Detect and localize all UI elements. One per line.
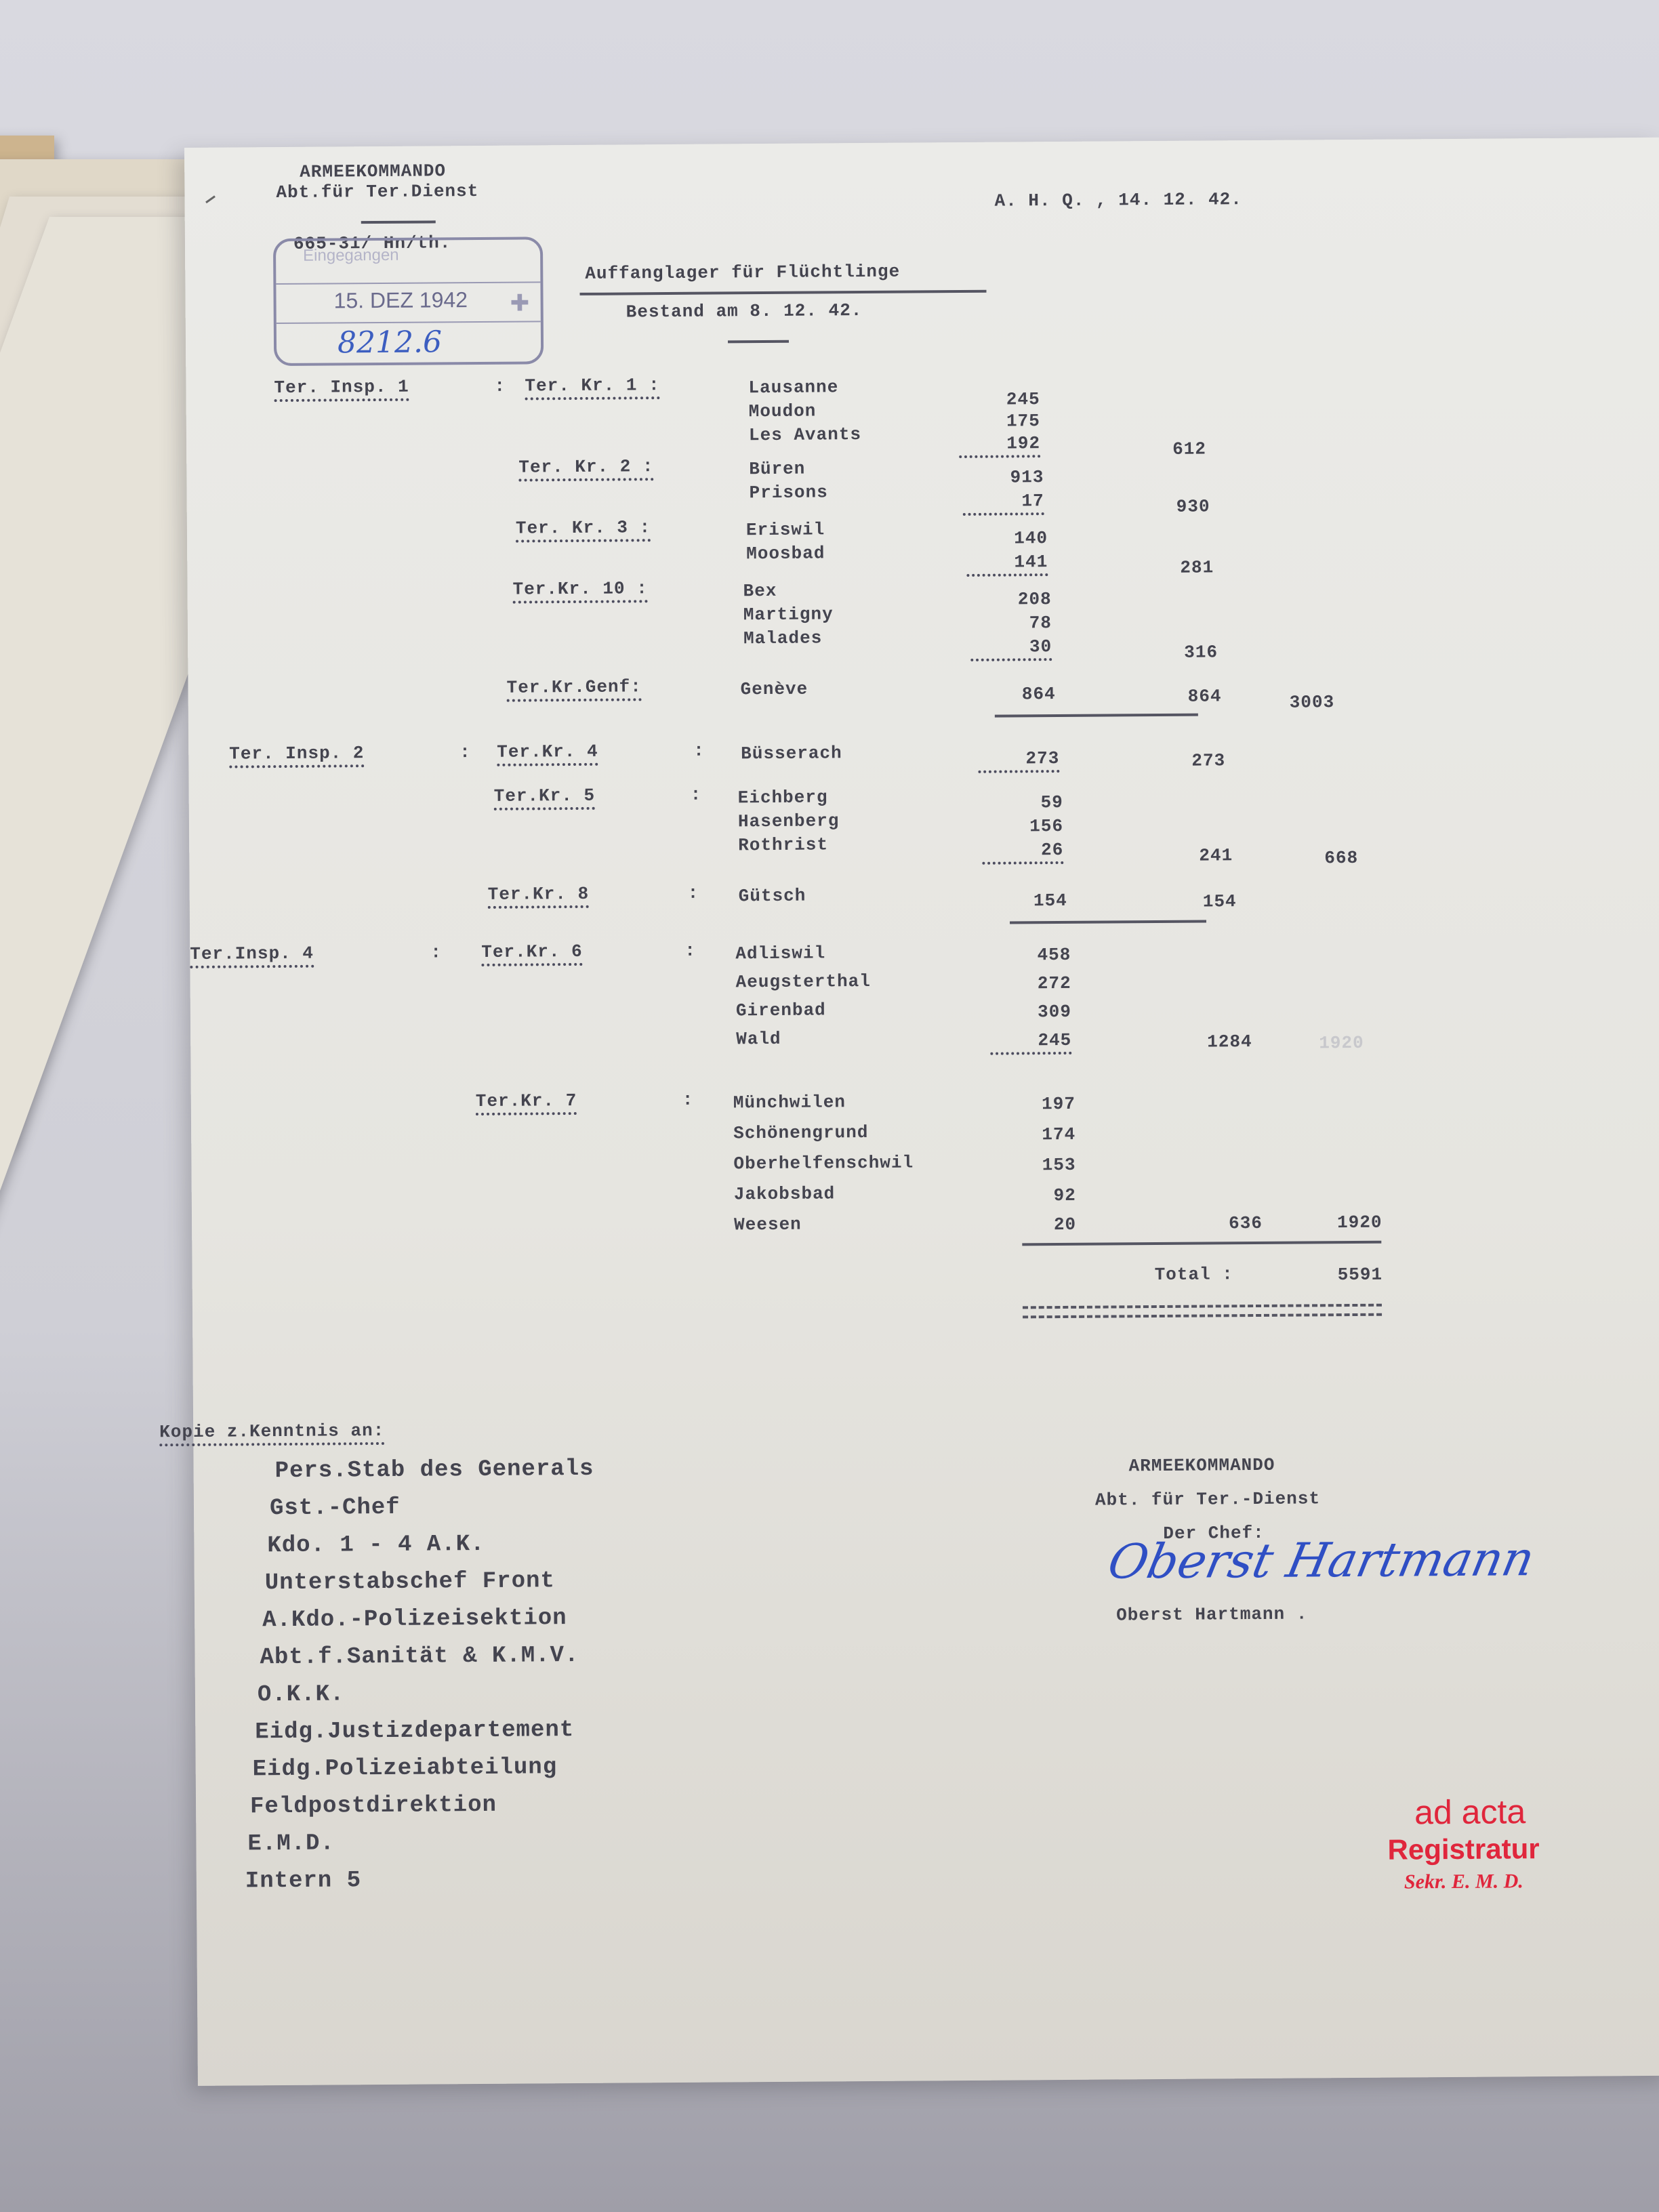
camp-count: 245 <box>990 1030 1071 1055</box>
handwritten-file-number: 8212.6 <box>337 325 442 360</box>
district-subtotal: 930 <box>1176 496 1210 516</box>
camp-count: 153 <box>994 1155 1076 1176</box>
camp-count: 26 <box>982 840 1063 865</box>
camp-name: Genève <box>740 679 808 700</box>
document-title: Auffanglager für Flüchtlinge <box>585 262 900 284</box>
camp-count: 141 <box>966 552 1048 577</box>
camp-count: 197 <box>994 1094 1076 1115</box>
district-subtotal: 241 <box>1199 845 1233 865</box>
inspection-total: 1920 <box>1337 1212 1382 1233</box>
district-label: Ter.Kr.Genf: <box>506 676 641 701</box>
camp-count: 30 <box>970 636 1052 661</box>
camp-name: Prisons <box>749 482 827 503</box>
camp-name: Lausanne <box>748 377 838 398</box>
camp-name: Hasenberg <box>738 811 840 832</box>
document-subtitle: Bestand am 8. 12. 42. <box>626 300 863 322</box>
camp-count: 864 <box>975 684 1056 705</box>
camp-count: 17 <box>963 491 1044 516</box>
camp-name: Wald <box>736 1029 781 1049</box>
org-name: ARMEEKOMMANDO <box>300 161 446 182</box>
camp-count: 208 <box>970 589 1052 610</box>
camp-name: Eriswil <box>746 519 825 540</box>
recipient: Eidg.Justizdepartement <box>255 1717 574 1745</box>
camp-name: Moudon <box>749 401 817 422</box>
district-label: Ter.Kr. 6 <box>481 941 583 966</box>
inspection-total: 668 <box>1324 848 1358 868</box>
camp-name: Adliswil <box>735 943 825 964</box>
district-subtotal: 281 <box>1180 557 1214 577</box>
received-stamp: Eingegangen 15. DEZ 1942 ✚ 8212.6 <box>273 237 544 366</box>
separator: : <box>459 742 471 762</box>
org-department: Abt.für Ter.Dienst <box>276 181 478 203</box>
camp-count: 175 <box>959 411 1040 432</box>
district-subtotal: 273 <box>1191 750 1225 771</box>
camp-count: 309 <box>990 1002 1071 1023</box>
camp-count: 273 <box>978 748 1059 773</box>
district-label: Ter.Kr. 10 : <box>512 578 647 603</box>
camp-name: Girenbad <box>736 1000 826 1021</box>
separator: : <box>684 941 696 961</box>
camp-name: Martigny <box>743 604 834 625</box>
stamp-date: 15. DEZ 1942 <box>333 287 468 313</box>
camp-name: Schönengrund <box>733 1122 868 1143</box>
recipient: Abt.f.Sanität & K.M.V. <box>260 1643 579 1671</box>
district-subtotal: 636 <box>1229 1213 1263 1233</box>
separator: : <box>691 785 702 805</box>
double-underline <box>1023 1304 1382 1319</box>
inspection-total: 3003 <box>1290 692 1335 712</box>
inspection-label: Ter. Insp. 2 <box>229 743 364 768</box>
camp-count: 140 <box>966 528 1048 549</box>
sig-org: ARMEEKOMMANDO <box>1129 1455 1275 1477</box>
divider <box>728 340 789 344</box>
document-page: ARMEEKOMMANDO Abt.für Ter.Dienst 665-31/… <box>184 138 1659 2086</box>
registry-stamp-line1: ad acta <box>1355 1792 1585 1832</box>
signatory-name: Oberst Hartmann . <box>1116 1603 1307 1625</box>
separator: : <box>494 376 506 396</box>
divider <box>361 220 436 224</box>
camp-count: 154 <box>986 890 1067 912</box>
camp-name: Eichberg <box>738 787 828 808</box>
camp-name: Moosbad <box>746 543 825 564</box>
sum-rule <box>995 714 1198 718</box>
camp-count: 78 <box>970 613 1052 634</box>
title-underline <box>580 290 987 295</box>
camp-count: 192 <box>959 433 1040 458</box>
swiss-cross-icon: ✚ <box>510 289 529 316</box>
recipient: Pers.Stab des Generals <box>275 1456 594 1484</box>
registry-stamp-line2: Registratur <box>1348 1832 1578 1866</box>
faint-total: 1920 <box>1319 1033 1364 1053</box>
district-label: Ter. Kr. 1 : <box>525 375 659 400</box>
camp-name: Büren <box>749 459 805 480</box>
camp-name: Bex <box>743 581 777 601</box>
district-label: Ter. Kr. 2 : <box>518 456 653 481</box>
recipient: Eidg.Polizeiabteilung <box>253 1755 558 1782</box>
handwritten-signature: Oberst Hartmann <box>1103 1531 1539 1589</box>
place-date: A. H. Q. , 14. 12. 42. <box>994 189 1242 211</box>
camp-name: Les Avants <box>749 424 861 445</box>
camp-name: Rothrist <box>738 834 828 855</box>
separator: : <box>688 883 699 903</box>
recipients-list: Pers.Stab des Generals Gst.-Chef Kdo. 1 … <box>184 138 1659 148</box>
camp-name: Malades <box>743 628 822 649</box>
copies-heading: Kopie z.Kenntnis an: <box>159 1420 384 1446</box>
camp-name: Büsserach <box>741 743 842 764</box>
sum-rule <box>1022 1241 1381 1246</box>
recipient: Intern 5 <box>245 1868 361 1894</box>
grand-total-label: Total : <box>1155 1264 1233 1285</box>
district-label: Ter.Kr. 5 <box>494 785 596 811</box>
camp-name: Jakobsbad <box>734 1183 836 1204</box>
district-subtotal: 612 <box>1172 438 1206 459</box>
camp-count: 59 <box>982 792 1063 813</box>
inspection-label: Ter.Insp. 4 <box>190 943 314 968</box>
sig-department: Abt. für Ter.-Dienst <box>1095 1488 1320 1510</box>
stamp-faint-text: Eingegangen <box>303 246 399 266</box>
camp-name: Aeugsterthal <box>736 971 871 992</box>
camp-count: 272 <box>990 973 1071 994</box>
recipient: Gst.-Chef <box>270 1495 401 1521</box>
camp-count: 92 <box>995 1185 1076 1206</box>
district-subtotal: 1284 <box>1207 1031 1252 1052</box>
pencil-mark <box>205 195 216 203</box>
separator: : <box>430 942 442 962</box>
camp-name: Weesen <box>734 1214 802 1235</box>
recipient: E.M.D. <box>247 1831 335 1858</box>
inspection-label: Ter. Insp. 1 <box>274 377 409 402</box>
district-subtotal: 154 <box>1203 891 1237 912</box>
district-subtotal: 316 <box>1184 642 1218 662</box>
recipient: Unterstabschef Front <box>265 1568 555 1596</box>
recipient: A.Kdo.-Polizeisektion <box>262 1605 567 1633</box>
district-label: Ter.Kr. 4 <box>497 741 598 766</box>
sum-rule <box>1010 920 1206 924</box>
grand-total-value: 5591 <box>1338 1265 1383 1285</box>
camp-count: 20 <box>995 1214 1076 1235</box>
camp-count: 174 <box>994 1124 1076 1145</box>
recipient: Kdo. 1 - 4 A.K. <box>267 1532 485 1559</box>
registry-stamp-line3: Sekr. E. M. D. <box>1349 1870 1579 1894</box>
separator: : <box>693 741 705 761</box>
camp-count: 245 <box>959 389 1040 410</box>
district-label: Ter.Kr. 8 <box>488 884 590 909</box>
separator: : <box>682 1090 694 1110</box>
camp-name: Münchwilen <box>733 1092 846 1113</box>
camp-name: Oberhelfenschwil <box>733 1153 914 1174</box>
camp-count: 913 <box>962 467 1044 488</box>
recipient: O.K.K. <box>258 1681 345 1708</box>
camp-count: 458 <box>989 945 1071 966</box>
camp-count: 156 <box>982 816 1063 837</box>
district-label: Ter. Kr. 3 : <box>516 517 651 542</box>
recipient: Feldpostdirektion <box>250 1793 497 1820</box>
district-subtotal: 864 <box>1188 686 1222 706</box>
camp-name: Gütsch <box>739 886 806 907</box>
district-label: Ter.Kr. 7 <box>476 1090 577 1115</box>
paper-stack <box>0 129 176 1281</box>
